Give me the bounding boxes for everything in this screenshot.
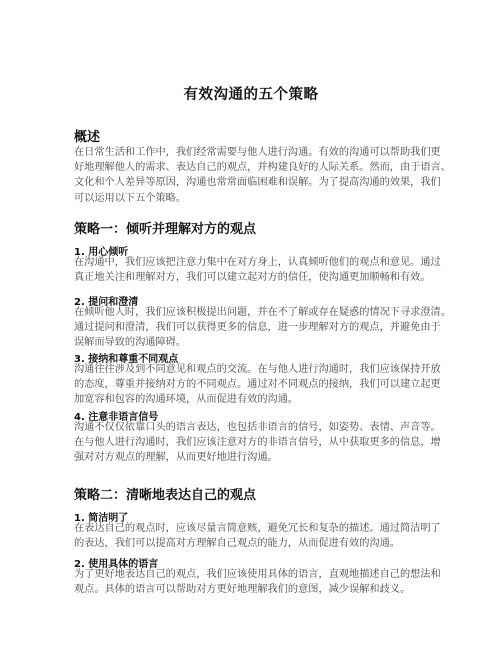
strategy-1-item-1-paragraph: 在沟通中，我们应该把注意力集中在对方身上，认真倾听他们的观点和意见。通过 真正地… (74, 255, 434, 285)
text-line: 为了更好地表达自己的观点，我们应该使用具体的语言，直观地描述自己的想法和 (74, 567, 434, 582)
strategy-1-item-2-paragraph: 在倾听他人时，我们应该积极提出问题，并在不了解或存在疑惑的情况下寻求澄清。 通过… (74, 305, 434, 351)
strategy-1-item-3-paragraph: 沟通往往涉及到不同意见和观点的交流。在与他人进行沟通时，我们应该保持开放 的态度… (74, 362, 434, 408)
text-line: 好地理解他人的需求、表达自己的观点，并构建良好的人际关系。然而，由于语言、 (74, 160, 434, 175)
strategy-2-item-1-paragraph: 在表达自己的观点时，应该尽量言简意赅，避免冗长和复杂的描述。通过简洁明了 的表达… (74, 521, 434, 551)
text-line: 在倾听他人时，我们应该积极提出问题，并在不了解或存在疑惑的情况下寻求澄清。 (74, 305, 434, 320)
text-line: 在日常生活和工作中，我们经常需要与他人进行沟通。有效的沟通可以帮助我们更 (74, 145, 434, 160)
text-line: 通过提问和澄清，我们可以获得更多的信息，进一步理解对方的观点，并避免由于 (74, 320, 434, 335)
text-line: 沟通往往涉及到不同意见和观点的交流。在与他人进行沟通时，我们应该保持开放 (74, 362, 434, 377)
document-page: 有效沟通的五个策略 概述 在日常生活和工作中，我们经常需要与他人进行沟通。有效的… (0, 0, 502, 649)
strategy-1-heading: 策略一：倾听并理解对方的观点 (74, 218, 256, 237)
text-line: 误解而导致的沟通障碍。 (74, 335, 434, 350)
text-line: 的表达，我们可以提高对方理解自己观点的能力，从而促进有效的沟通。 (74, 536, 434, 551)
text-line: 沟通不仅仅依靠口头的语言表达，也包括非语言的信号，如姿势、表情、声音等。 (74, 420, 434, 435)
text-line: 可以运用以下五个策略。 (74, 191, 434, 206)
document-title: 有效沟通的五个策略 (0, 83, 502, 104)
strategy-2-item-2-paragraph: 为了更好地表达自己的观点，我们应该使用具体的语言，直观地描述自己的想法和 观点。… (74, 567, 434, 597)
text-line: 加宽容和包容的沟通环境，从而促进有效的沟通。 (74, 392, 434, 407)
text-line: 观点。具体的语言可以帮助对方更好地理解我们的意图，减少误解和歧义。 (74, 582, 434, 597)
overview-paragraph: 在日常生活和工作中，我们经常需要与他人进行沟通。有效的沟通可以帮助我们更 好地理… (74, 145, 434, 206)
text-line: 文化和个人差异等原因，沟通也常常面临困难和误解。为了提高沟通的效果，我们 (74, 175, 434, 190)
text-line: 强对对方观点的理解，从而更好地进行沟通。 (74, 450, 434, 465)
strategy-2-heading: 策略二：清晰地表达自己的观点 (74, 484, 256, 503)
overview-heading: 概述 (74, 126, 100, 145)
text-line: 在表达自己的观点时，应该尽量言简意赅，避免冗长和复杂的描述。通过简洁明了 (74, 521, 434, 536)
text-line: 真正地关注和理解对方，我们可以建立起对方的信任，使沟通更加顺畅和有效。 (74, 270, 434, 285)
text-line: 在沟通中，我们应该把注意力集中在对方身上，认真倾听他们的观点和意见。通过 (74, 255, 434, 270)
text-line: 的态度，尊重并接纳对方的不同观点。通过对不同观点的接纳，我们可以建立起更 (74, 377, 434, 392)
text-line: 在与他人进行沟通时，我们应该注意对方的非语言信号，从中获取更多的信息，增 (74, 435, 434, 450)
strategy-1-item-4-paragraph: 沟通不仅仅依靠口头的语言表达，也包括非语言的信号，如姿势、表情、声音等。 在与他… (74, 420, 434, 466)
